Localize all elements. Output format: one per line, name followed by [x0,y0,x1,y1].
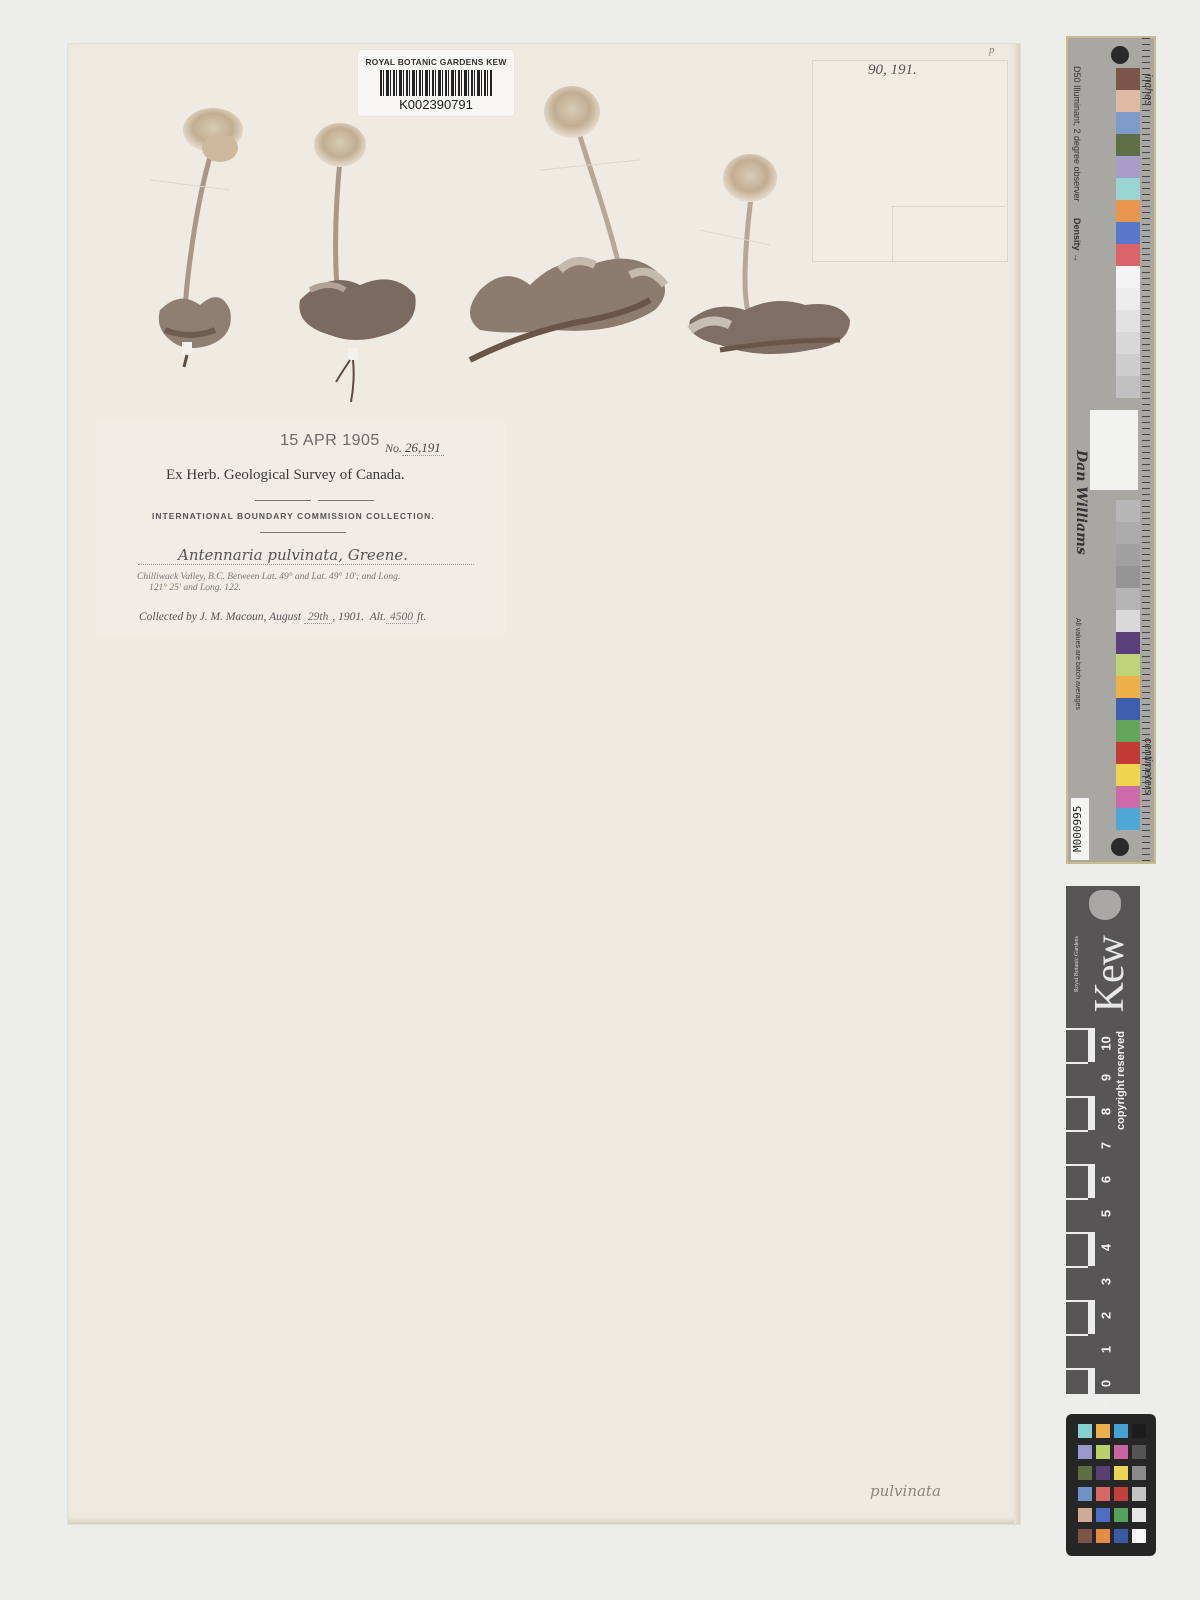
color-chip [1078,1445,1092,1459]
altitude-value: 4500 [386,611,417,624]
ruler-batch-note: All values are batch averages [1074,618,1081,710]
specimen-1 [150,108,243,367]
color-swatch [1116,698,1140,720]
color-chip [1096,1445,1110,1459]
cm-band [1088,1164,1095,1198]
ruler-ticks [1142,38,1150,862]
cm-tick-label: 2 [1099,1308,1114,1324]
color-chip [1132,1424,1146,1438]
species-name: Antennaria pulvinata, Greene. [138,546,474,565]
color-chip [1132,1529,1146,1543]
kew-subtitle: Royal Botanic Gardens [1074,936,1080,992]
plant-specimens [0,0,1200,420]
color-chip [1096,1487,1110,1501]
ruler-density-label: Density → [1072,218,1082,262]
cm-tick [1066,1130,1088,1132]
color-swatch [1116,786,1140,808]
royal-crest-icon [1089,890,1121,920]
color-chip [1132,1508,1146,1522]
color-chip [1078,1424,1092,1438]
cm-tick-label: 10 [1099,1036,1114,1052]
locality-line-2: 121° 25' and Long. 122. [137,583,482,594]
gray-swatch [1116,522,1140,544]
collector-prefix: Collected by J. M. Macoun, August [139,611,301,623]
cm-tick-label: 3 [1099,1274,1114,1290]
locality-line-1: Chilliwack Valley, B.C. Between Lat. 49°… [137,572,400,582]
gray-swatch [1116,266,1140,288]
color-calibration-ruler: D50 Illuminant, 2 degree observer inches… [1066,36,1156,864]
gray-swatch [1116,288,1140,310]
kew-scale-bar: Royal Botanic Gardens Kew copyright rese… [1066,886,1140,1394]
divider [318,500,374,501]
cm-tick [1066,1096,1088,1098]
color-chip [1096,1508,1110,1522]
cm-band [1088,1096,1095,1130]
color-chip [1078,1466,1092,1480]
color-swatch [1116,112,1140,134]
color-chip [1078,1487,1092,1501]
cm-tick-label: 5 [1099,1206,1114,1222]
divider [260,532,346,533]
color-swatch [1116,90,1140,112]
cm-tick-label: 8 [1099,1104,1114,1120]
gray-swatch [1116,588,1140,610]
kew-logo: Kew [1086,936,1134,1012]
color-chip [1114,1466,1128,1480]
color-chip [1132,1466,1146,1480]
copyright-notice: copyright reserved [1115,1031,1127,1130]
collection-day: 29th [304,611,332,624]
label-number: No.26,191 [385,440,444,456]
color-swatch [1116,742,1140,764]
color-chip [1132,1445,1146,1459]
color-swatch [1116,654,1140,676]
cm-tick-label: 6 [1099,1172,1114,1188]
color-chip [1078,1529,1092,1543]
ruler-accession: M000995 [1071,798,1089,860]
gray-swatch [1116,544,1140,566]
specimen-label [96,420,506,635]
cm-tick [1066,1198,1088,1200]
ruler-reference-card [1090,410,1138,490]
altitude-unit: ft. [417,611,426,623]
color-swatch [1116,764,1140,786]
cm-tick [1066,1062,1088,1064]
cm-tick-label: 4 [1099,1240,1114,1256]
color-swatch [1116,720,1140,742]
cm-tick [1066,1368,1088,1370]
label-number-value: 26,191 [402,440,444,456]
color-swatch [1116,244,1140,266]
ruler-brand: Dan Williams [1073,450,1089,555]
color-chip [1114,1445,1128,1459]
label-number-prefix: No. [385,441,402,455]
gray-swatch [1116,376,1140,398]
collector-line: Collected by J. M. Macoun, August 29th, … [139,611,426,623]
cm-tick [1066,1164,1088,1166]
cm-band [1088,1232,1095,1266]
herbarium-source: Ex Herb. Geological Survey of Canada. [166,467,405,484]
divider [255,500,311,501]
cm-tick [1066,1232,1088,1234]
ruler-hole-icon [1111,46,1129,64]
color-chip [1132,1487,1146,1501]
gray-swatch [1116,354,1140,376]
cm-band [1088,1300,1095,1334]
color-chip [1114,1424,1128,1438]
color-chip [1114,1487,1128,1501]
color-chip [1096,1466,1110,1480]
cm-tick [1066,1028,1088,1030]
color-swatch [1116,156,1140,178]
color-chip [1096,1529,1110,1543]
specimen-4 [689,154,850,354]
cm-tick-label: 0 [1099,1376,1114,1392]
accession-date-stamp: 15 APR 1905 [280,432,380,450]
cm-tick-label: 7 [1099,1138,1114,1154]
locality: Chilliwack Valley, B.C. Between Lat. 49°… [137,572,482,594]
cm-band [1088,1368,1095,1402]
collection-name: INTERNATIONAL BOUNDARY COMMISSION COLLEC… [152,511,435,521]
color-swatch [1116,222,1140,244]
determination-note: pulvinata [870,1482,941,1500]
gray-swatch [1116,610,1140,632]
color-swatch [1116,68,1140,90]
gray-swatch [1116,332,1140,354]
cm-band [1088,1028,1095,1062]
color-chip [1096,1424,1110,1438]
cm-tick [1066,1266,1088,1268]
specimen-3 [470,86,665,360]
cm-tick [1066,1300,1088,1302]
color-chip [1114,1508,1128,1522]
gray-swatch [1116,500,1140,522]
cm-tick-label: 1 [1099,1342,1114,1358]
color-swatch [1116,676,1140,698]
color-swatch [1116,178,1140,200]
color-swatch [1116,134,1140,156]
specimen-2 [299,123,415,402]
ruler-illuminant-text: D50 Illuminant, 2 degree observer [1072,66,1082,202]
color-swatch [1116,632,1140,654]
cm-tick-label: 9 [1099,1070,1114,1086]
altitude-prefix: Alt. [370,611,386,623]
collection-year: , 1901. [332,611,364,623]
color-swatch [1116,200,1140,222]
gray-swatch [1116,310,1140,332]
color-checker-card [1066,1414,1156,1556]
color-chip [1078,1508,1092,1522]
color-chip [1114,1529,1128,1543]
ruler-hole-icon [1111,838,1129,856]
color-swatch [1116,808,1140,830]
gray-swatch [1116,566,1140,588]
cm-tick [1066,1334,1088,1336]
